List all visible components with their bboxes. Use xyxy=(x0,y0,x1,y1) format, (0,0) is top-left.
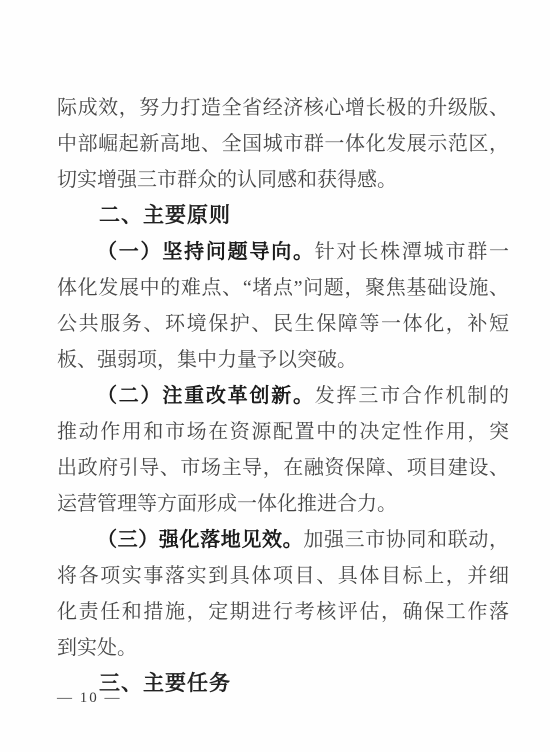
line-text: 运营管理等方面形成一体化推进合力。 xyxy=(57,493,397,515)
text-line: 中部崛起新高地、全国城市群一体化发展示范区， xyxy=(57,126,509,162)
text-line: （三）强化落地见效。加强三市协同和联动， xyxy=(57,522,509,558)
line-text: 加强三市协同和联动， xyxy=(303,529,509,551)
line-text: 公共服务、环境保护、民生保障等一体化，补短 xyxy=(57,313,509,335)
line-text: 到实处。 xyxy=(57,637,137,659)
line-text: 发挥三市合作机制的 xyxy=(315,385,509,407)
text-line: 出政府引导、市场主导，在融资保障、项目建设、 xyxy=(57,450,509,486)
heading-text: 二、主要原则 xyxy=(99,204,231,227)
text-line: 推动作用和市场在资源配置中的决定性作用，突 xyxy=(57,414,509,450)
line-text: 切实增强三市群众的认同感和获得感。 xyxy=(57,169,397,191)
text-line: （二）注重改革创新。发挥三市合作机制的 xyxy=(57,378,509,414)
line-text: 中部崛起新高地、全国城市群一体化发展示范区， xyxy=(57,133,509,155)
document-text-block: 际成效，努力打造全省经济核心增长极的升级版、 中部崛起新高地、全国城市群一体化发… xyxy=(57,90,509,702)
document-page: 际成效，努力打造全省经济核心增长极的升级版、 中部崛起新高地、全国城市群一体化发… xyxy=(0,0,550,752)
text-line: 际成效，努力打造全省经济核心增长极的升级版、 xyxy=(57,90,509,126)
text-line: 公共服务、环境保护、民生保障等一体化，补短 xyxy=(57,306,509,342)
section-heading-tasks: 三、主要任务 xyxy=(57,666,509,702)
paragraph-lead-bold: （二）注重改革创新。 xyxy=(97,385,315,407)
page-number: — 10 — xyxy=(57,690,122,707)
line-text: 出政府引导、市场主导，在融资保障、项目建设、 xyxy=(57,457,509,479)
line-text: 化责任和措施，定期进行考核评估，确保工作落 xyxy=(57,601,509,623)
paragraph-lead-bold: （三）强化落地见效。 xyxy=(97,529,303,551)
text-line: 板、强弱项，集中力量予以突破。 xyxy=(57,342,509,378)
line-text: 板、强弱项，集中力量予以突破。 xyxy=(57,349,357,371)
line-text: 针对长株潭城市群一 xyxy=(315,241,509,263)
text-line: 切实增强三市群众的认同感和获得感。 xyxy=(57,162,509,198)
text-line: 体化发展中的难点、“堵点”问题，聚焦基础设施、 xyxy=(57,270,509,306)
text-line: 运营管理等方面形成一体化推进合力。 xyxy=(57,486,509,522)
line-text: 将各项实事落实到具体项目、具体目标上，并细 xyxy=(57,565,509,587)
section-heading-principles: 二、主要原则 xyxy=(57,198,509,234)
text-line: 到实处。 xyxy=(57,630,509,666)
paragraph-lead-bold: （一）坚持问题导向。 xyxy=(97,241,315,263)
line-text: 推动作用和市场在资源配置中的决定性作用，突 xyxy=(57,421,509,443)
text-line: 化责任和措施，定期进行考核评估，确保工作落 xyxy=(57,594,509,630)
line-text: 体化发展中的难点、“堵点”问题，聚焦基础设施、 xyxy=(57,277,509,299)
text-line: 将各项实事落实到具体项目、具体目标上，并细 xyxy=(57,558,509,594)
text-line: （一）坚持问题导向。针对长株潭城市群一 xyxy=(57,234,509,270)
line-text: 际成效，努力打造全省经济核心增长极的升级版、 xyxy=(57,97,509,119)
